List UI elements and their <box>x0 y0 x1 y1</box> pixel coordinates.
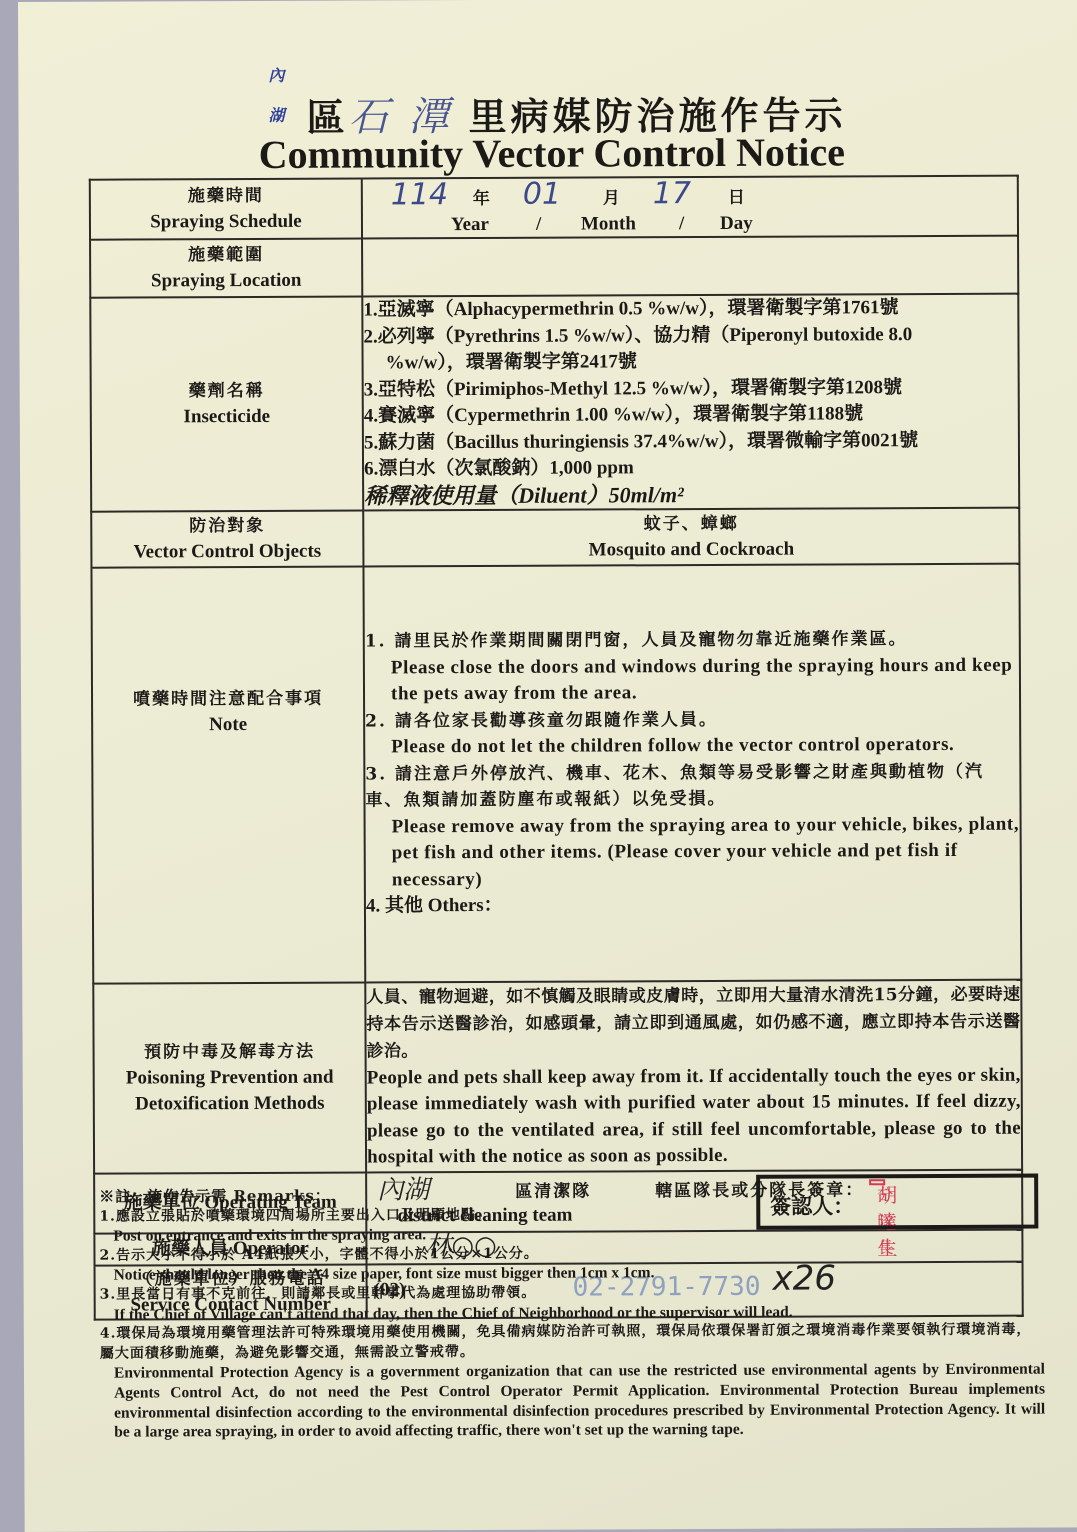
insecticide-item: 6.漂白水（次氯酸鈉）1,000 ppm <box>364 454 1018 483</box>
row-note: 噴藥時間注意配合事項 Note 1. 請里民於作業期間關閉門窗，人員及寵物勿靠近… <box>91 564 1021 984</box>
insecticide-label: 藥劑名稱 Insecticide <box>90 297 363 512</box>
schedule-field[interactable]: 114 年 01 月 17 日 Year / Month / Day <box>362 176 1018 239</box>
poisoning-label: 預防中毒及解毒方法 Poisoning Prevention and Detox… <box>93 982 366 1173</box>
poisoning-label-en-1: Poisoning Prevention and <box>95 1064 365 1091</box>
notice-form-table: 施藥時間 Spraying Schedule 114 年 01 月 17 日 Y… <box>89 175 1024 1321</box>
insecticide-item: 4.賽滅寧（Cypermethrin 1.00 %w/w），環署衛製字第1188… <box>364 401 1018 430</box>
poisoning-text: 人員、寵物迴避，如不慎觸及眼睛或皮膚時，立即用大量清水清洗15分鐘，必要時速持本… <box>365 980 1022 1173</box>
insecticide-list: 1.亞滅寧（Alphacypermethrin 0.5 %w/w），環署衛製字第… <box>362 294 1019 511</box>
vector-objects-label-en: Vector Control Objects <box>92 539 362 566</box>
month-en: Month <box>581 211 636 238</box>
separator: / <box>679 211 684 238</box>
vector-objects-value: 蚊子、蟑螂 Mosquito and Cockroach <box>363 508 1019 567</box>
poisoning-label-zh: 預防中毒及解毒方法 <box>95 1038 365 1065</box>
location-label-en: Spraying Location <box>91 268 361 295</box>
location-label-zh: 施藥範圍 <box>91 242 361 269</box>
vector-objects-label: 防治對象 Vector Control Objects <box>91 510 363 567</box>
schedule-label-en: Spraying Schedule <box>91 209 361 236</box>
insecticide-item: 1.亞滅寧（Alphacypermethrin 0.5 %w/w），環署衛製字第… <box>363 295 1017 324</box>
remark-zh: 4.環保局為環境用藥管理法許可特殊環境用藥使用機關，免具備病媒防治許可執照，環保… <box>100 1321 1045 1364</box>
note-item-en: Please close the doors and windows durin… <box>365 652 1019 708</box>
insecticide-label-zh: 藥劑名稱 <box>92 378 362 405</box>
year-zh: 年 <box>473 186 492 213</box>
row-poisoning: 預防中毒及解毒方法 Poisoning Prevention and Detox… <box>93 980 1022 1174</box>
day-value[interactable]: 17 <box>653 181 691 208</box>
day-zh: 日 <box>728 185 747 212</box>
insecticide-item: 2.必列寧（Pyrethrins 1.5 %w/w）、協力精（Piperonyl… <box>363 321 1017 350</box>
poisoning-text-en: People and pets shall keep away from it.… <box>367 1062 1021 1171</box>
note-item-en: Please remove away from the spraying are… <box>366 811 1020 893</box>
remarks-section: ※註：施作告示需 Remarks： 1.應設立張貼於噴藥環境四周場所主要出入口及… <box>99 1184 1045 1443</box>
note-list: 1. 請里民於作業期間關閉門窗，人員及寵物勿靠近施藥作業區。 Please cl… <box>363 564 1021 983</box>
note-item-en: Please do not let the children follow th… <box>365 732 1019 761</box>
row-vector-objects: 防治對象 Vector Control Objects 蚊子、蟑螂 Mosqui… <box>91 508 1019 568</box>
month-value[interactable]: 01 <box>523 182 561 209</box>
schedule-label: 施藥時間 Spraying Schedule <box>90 179 362 240</box>
note-label-en: Note <box>93 712 363 739</box>
note-item-zh: 2. 請各位家長勸導孩童勿跟隨作業人員。 <box>365 705 1019 734</box>
location-label: 施藥範圍 Spraying Location <box>90 239 362 298</box>
vector-objects-zh: 蚊子、蟑螂 <box>364 509 1018 538</box>
year-en: Year <box>451 212 489 239</box>
row-location: 施藥範圍 Spraying Location <box>90 236 1018 298</box>
vector-objects-en: Mosquito and Cockroach <box>364 536 1018 565</box>
year-value[interactable]: 114 <box>391 182 448 209</box>
separator: / <box>536 212 541 239</box>
remark-en: Environmental Protection Agency is a gov… <box>100 1360 1045 1442</box>
insecticide-label-en: Insecticide <box>92 404 362 431</box>
location-field[interactable] <box>362 236 1018 297</box>
page-title: Community Vector Control Notice <box>259 128 845 178</box>
poisoning-text-zh: 人員、寵物迴避，如不慎觸及眼睛或皮膚時，立即用大量清水清洗15分鐘，必要時速持本… <box>366 981 1020 1065</box>
poisoning-label-en-2: Detoxification Methods <box>95 1090 365 1117</box>
insecticide-item: 3.亞特松（Pirimiphos-Methyl 12.5 %w/w），環署衛製字… <box>364 374 1018 403</box>
diluent-note: 稀釋液使用量（Diluent）50ml/m² <box>364 480 1018 509</box>
day-en: Day <box>720 211 753 238</box>
notice-paper: 內湖 區石潭里病媒防治施作告示 Community Vector Control… <box>18 0 1077 1520</box>
month-zh: 月 <box>603 185 622 212</box>
note-label: 噴藥時間注意配合事項 Note <box>91 566 365 983</box>
district-handwritten: 內湖 <box>268 56 292 136</box>
schedule-label-zh: 施藥時間 <box>91 183 361 210</box>
row-schedule: 施藥時間 Spraying Schedule 114 年 01 月 17 日 Y… <box>90 176 1018 240</box>
note-item-zh: 3. 請注意戶外停放汽、機車、花木、魚類等易受影響之財產與動植物（汽車、魚類請加… <box>365 758 1019 814</box>
note-label-zh: 噴藥時間注意配合事項 <box>93 686 363 713</box>
vector-objects-label-zh: 防治對象 <box>92 513 362 540</box>
note-item-zh: 1. 請里民於作業期間關閉門窗，人員及寵物勿靠近施藥作業區。 <box>365 626 1019 655</box>
row-insecticide: 藥劑名稱 Insecticide 1.亞滅寧（Alphacypermethrin… <box>90 294 1019 512</box>
insecticide-item: 5.蘇力菌（Bacillus thuringiensis 37.4%w/w），環… <box>364 427 1018 456</box>
insecticide-item: %w/w），環署衛製字第2417號 <box>364 348 1018 377</box>
note-others: 4. 其他 Others： <box>366 891 1020 920</box>
